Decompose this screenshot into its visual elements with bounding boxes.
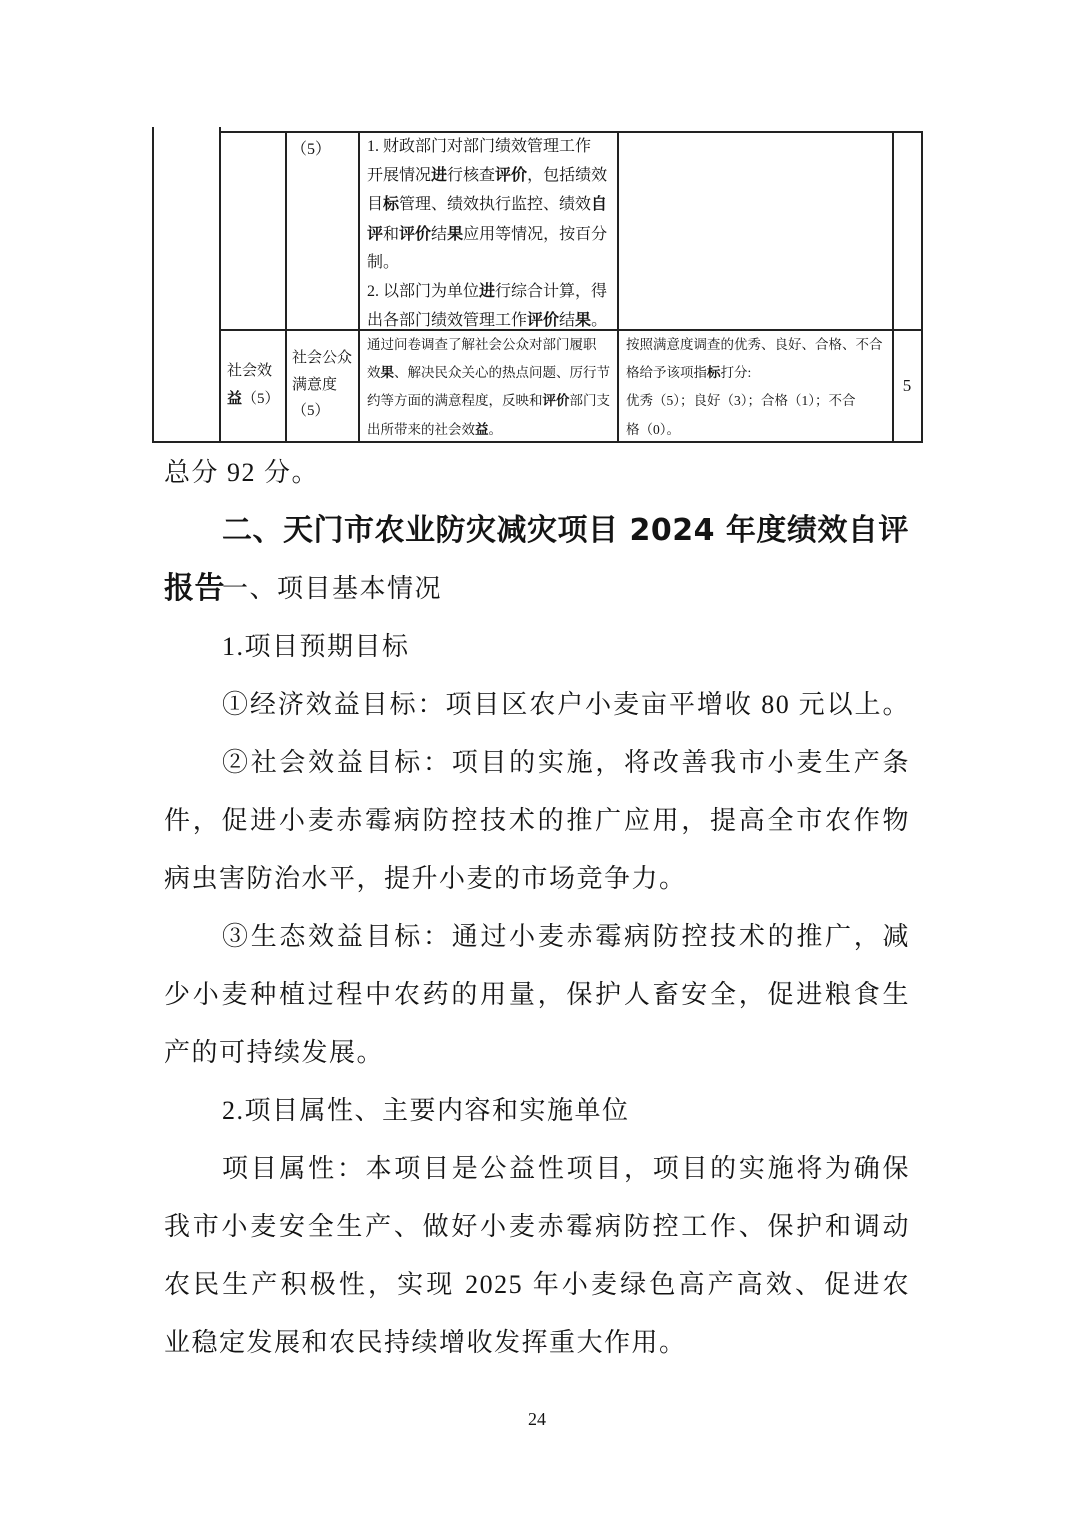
cell-tertiary-indicator-public-satisfaction: 社会公众满意度（5）: [292, 345, 352, 425]
cell-secondary-indicator-social-benefit: 社会效益（5）: [227, 358, 280, 412]
goal-social-line-2: 件，促进小麦赤霉病防控技术的推广应用，提高全市农作物: [164, 792, 910, 850]
goal-social-line-1: ②社会效益目标：项目的实施，将改善我市小麦生产条: [164, 734, 910, 792]
goal-ecological-line-3: 产的可持续发展。: [164, 1024, 910, 1082]
table-border: [152, 127, 154, 443]
page-number: 24: [0, 1408, 1074, 1430]
table-border: [219, 127, 221, 443]
report-title: 二、天门市农业防灾减灾项目 2024 年度绩效自评报告: [164, 502, 910, 560]
goal-ecological-line-2: 少小麦种植过程中农药的用量，保护人畜安全，促进粮食生: [164, 966, 910, 1024]
cell-scoring-rule: 按照满意度调查的优秀、良好、合格、不合格给予该项指标打分:优秀（5）；良好（3）…: [626, 331, 883, 444]
goal-ecological-line-1: ③生态效益目标：通过小麦赤霉病防控技术的推广，减: [164, 908, 910, 966]
attribute-line-4: 业稳定发展和农民持续增收发挥重大作用。: [164, 1314, 910, 1372]
table-border: [285, 131, 287, 443]
attribute-line-2: 我市小麦安全生产、做好小麦赤霉病防控工作、保护和调动: [164, 1198, 910, 1256]
document-page: （5） 1. 财政部门对部门绩效管理工作开展情况进行核查评价，包括绩效目标管理、…: [0, 0, 1074, 1520]
goal-social-line-3: 病虫害防治水平，提升小麦的市场竞争力。: [164, 850, 910, 908]
table-border: [358, 131, 360, 443]
cell-indicator-explanation: 通过问卷调查了解社会公众对部门履职效果、解决民众关心的热点问题、厉行节约等方面的…: [367, 331, 610, 444]
cell-indicator-weight: （5）: [291, 137, 331, 163]
section-heading-1: 一、项目基本情况: [164, 560, 910, 618]
item-1-title: 1.项目预期目标: [164, 618, 910, 676]
attribute-line-1: 项目属性：本项目是公益性项目，项目的实施将为确保: [164, 1140, 910, 1198]
cell-scoring-method-dept-performance: 1. 财政部门对部门绩效管理工作开展情况进行核查评价，包括绩效目标管理、绩效执行…: [367, 133, 607, 335]
total-score-line: 总分 92 分。: [164, 444, 910, 502]
item-2-title: 2.项目属性、主要内容和实施单位: [164, 1082, 910, 1140]
body-text: 总分 92 分。 二、天门市农业防灾减灾项目 2024 年度绩效自评报告 一、项…: [164, 444, 910, 1372]
attribute-line-3: 农民生产积极性，实现 2025 年小麦绿色高产高效、促进农: [164, 1256, 910, 1314]
cell-score-value: 5: [892, 331, 922, 441]
table-border: [617, 131, 619, 443]
goal-economic-line: ①经济效益目标：项目区农户小麦亩平增收 80 元以上。: [164, 676, 910, 734]
